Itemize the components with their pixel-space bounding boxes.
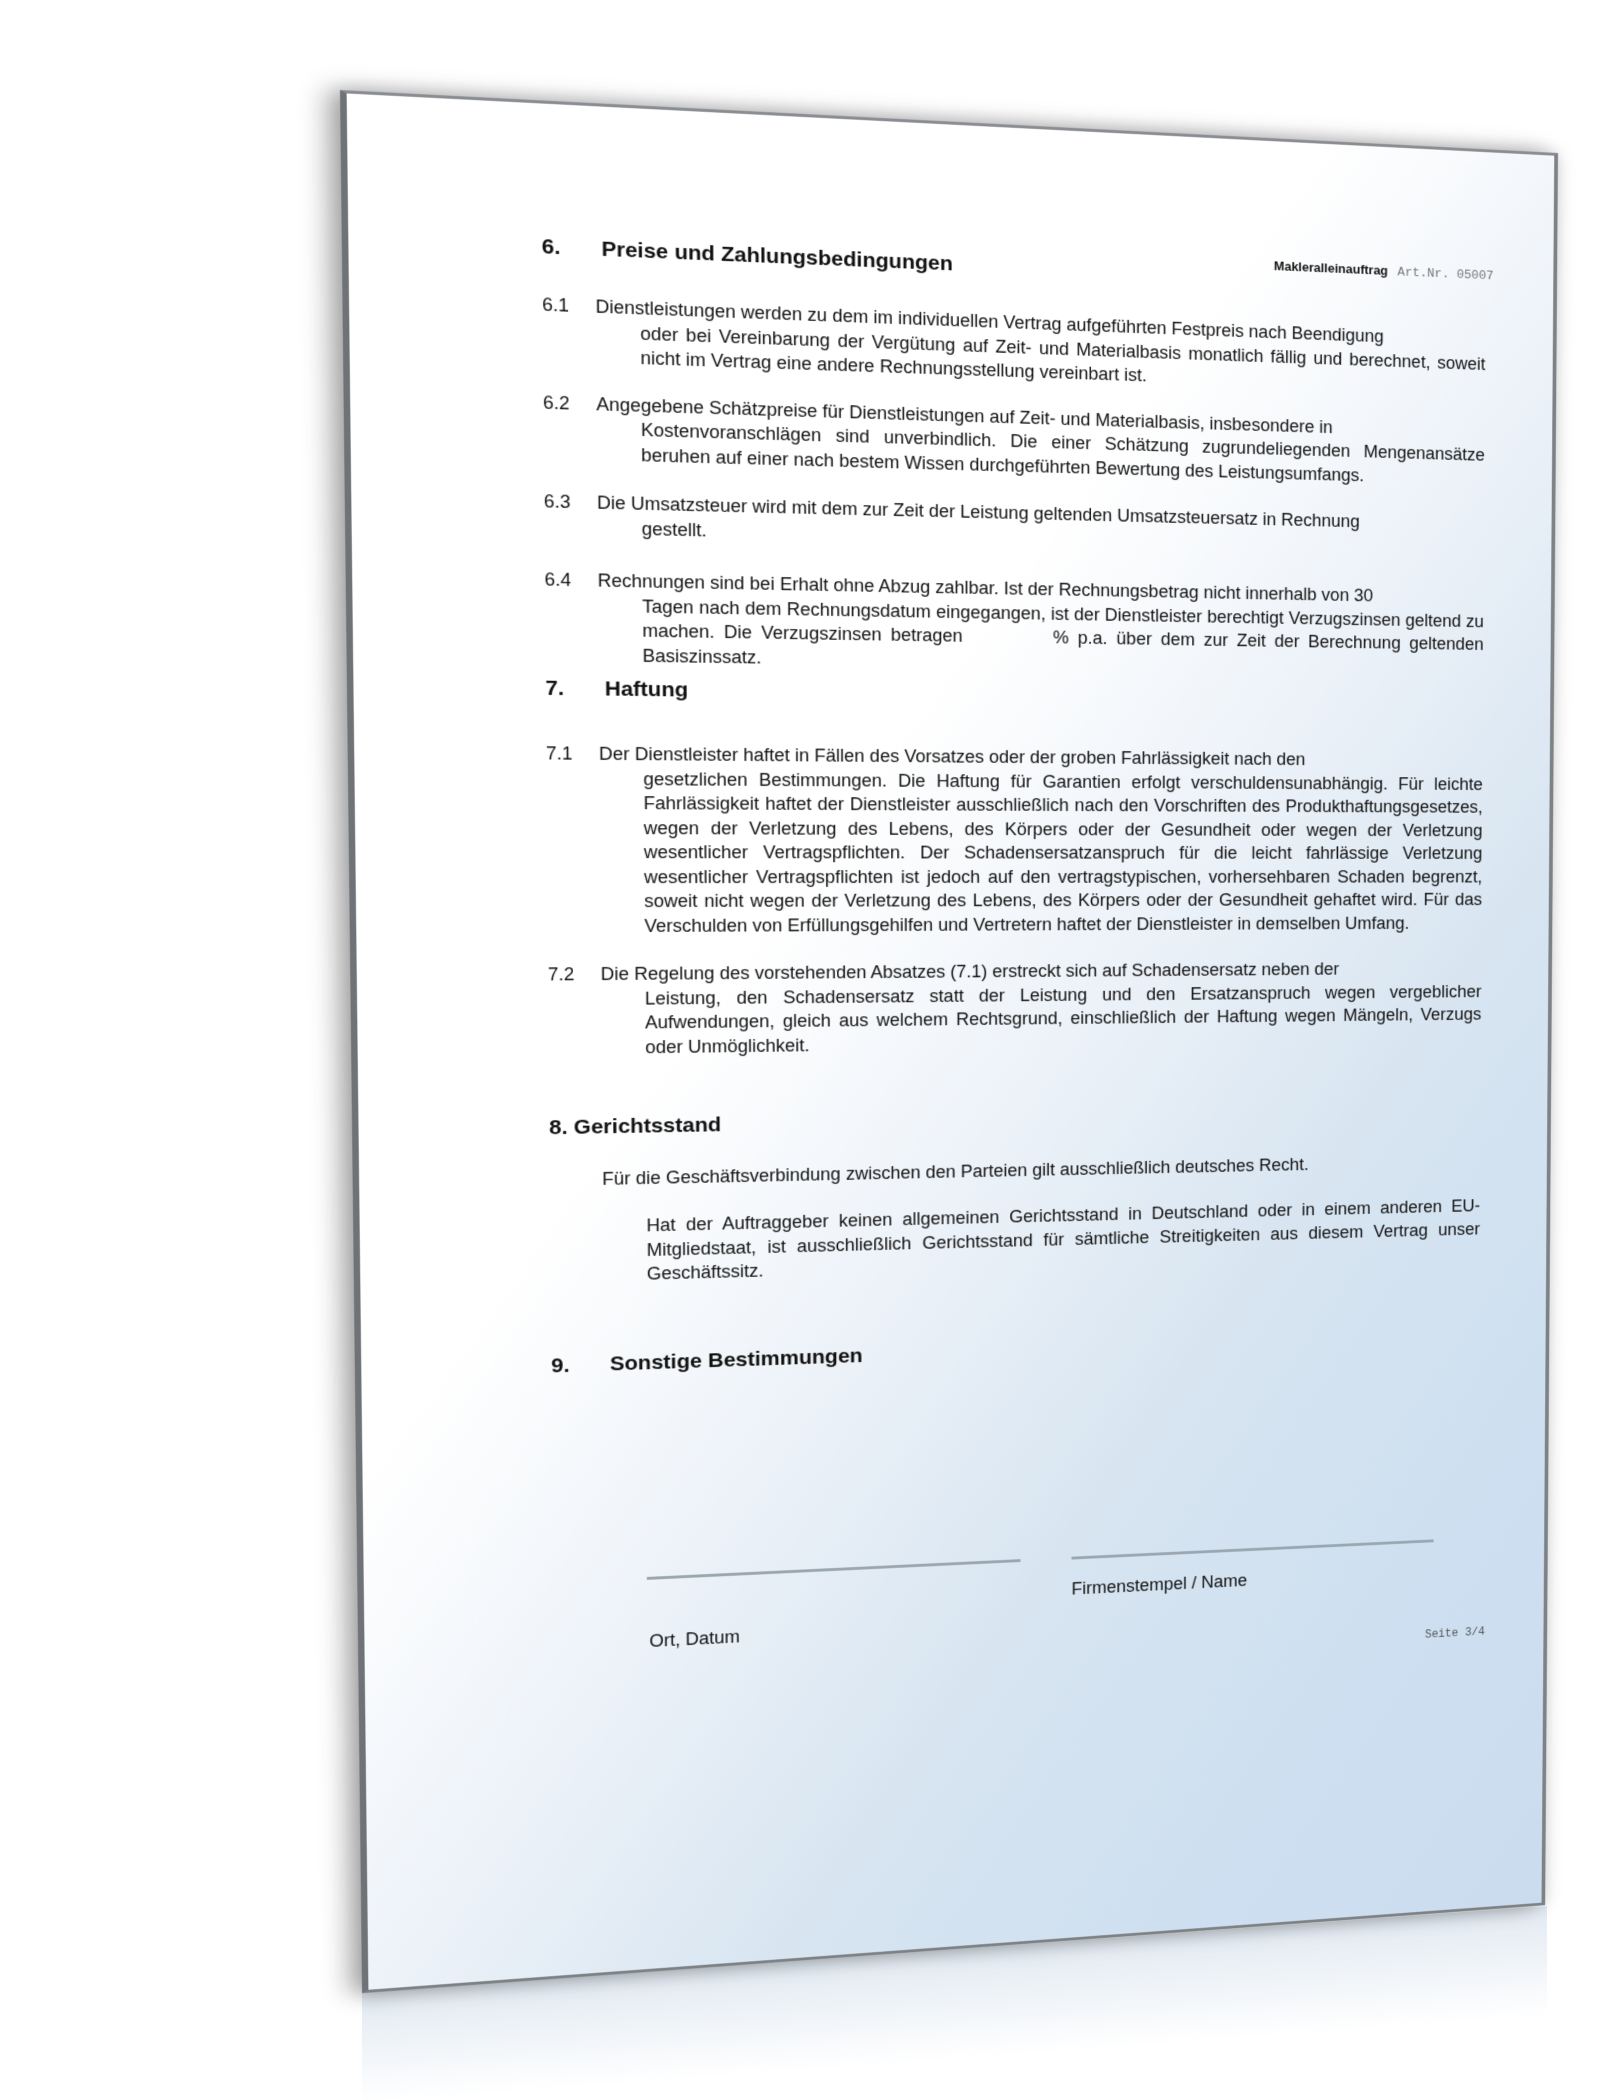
clause-7-2: 7.2 Die Regelung des vorstehenden Absatz… <box>548 957 1482 1061</box>
document-scene: MakleralleinauftragArt.Nr. 05007 6.Preis… <box>0 0 1600 2100</box>
clause-6-3: 6.3 Die Umsatzsteuer wird mit dem zur Ze… <box>544 489 1485 560</box>
signature-line-right <box>1072 1539 1434 1559</box>
clause-6-1: 6.1 Dienstleistungen werden zu dem im in… <box>542 292 1486 399</box>
article-number: Art.Nr. 05007 <box>1397 265 1493 284</box>
document-page: MakleralleinauftragArt.Nr. 05007 6.Preis… <box>340 90 1558 1993</box>
clause-6-4: 6.4 Rechnungen sind bei Erhalt ohne Abzu… <box>544 567 1484 679</box>
clause-7-1: 7.1 Der Dienstleister haftet in Fällen d… <box>546 741 1483 938</box>
page-number: Seite 3/4 <box>1425 1625 1485 1641</box>
section-8-heading: 8. Gerichtsstand <box>549 1113 721 1140</box>
section-8-paragraph-1: Für die Geschäftsverbindung zwischen den… <box>602 1150 1480 1192</box>
section-9-heading: 9.Sonstige Bestimmungen <box>551 1345 863 1379</box>
signature-label-place-date: Ort, Datum <box>649 1627 740 1652</box>
section-6-body: 6.1 Dienstleistungen werden zu dem im in… <box>542 292 1486 679</box>
section-7-heading: 7.Haftung <box>545 677 688 703</box>
clause-6-2: 6.2 Angegebene Schätzpreise für Dienstle… <box>543 390 1485 491</box>
section-7-body: 7.1 Der Dienstleister haftet in Fällen d… <box>546 741 1483 1060</box>
document-title: Makleralleinauftrag <box>1274 258 1388 277</box>
signature-label-company-stamp: Firmenstempel / Name <box>1072 1571 1248 1600</box>
section-6-heading: 6.Preise und Zahlungsbedingungen <box>542 235 953 276</box>
section-8-paragraph-2: Hat der Auftraggeber keinen allgemeinen … <box>646 1194 1480 1286</box>
document-header: MakleralleinauftragArt.Nr. 05007 <box>1274 258 1494 283</box>
signature-line-left <box>647 1559 1021 1580</box>
